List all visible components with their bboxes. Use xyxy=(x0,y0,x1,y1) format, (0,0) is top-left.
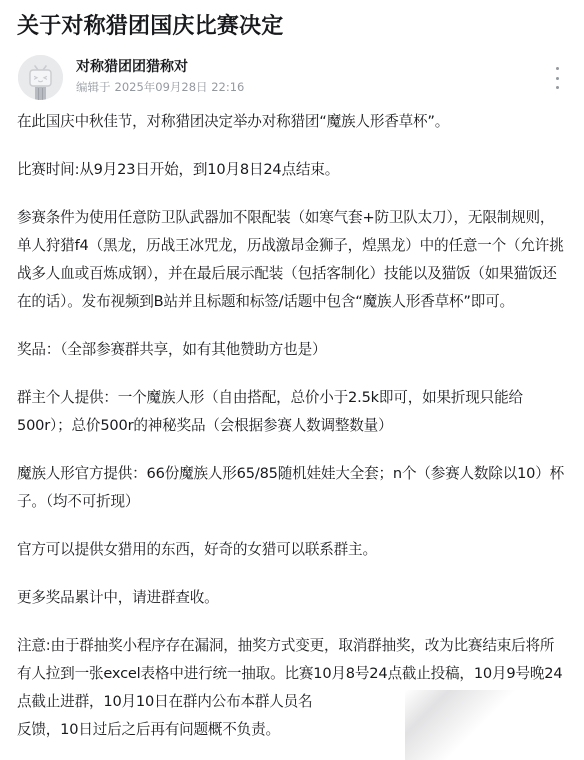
edited-label: 编辑于 xyxy=(76,80,111,94)
more-options-button[interactable] xyxy=(548,67,566,89)
edited-timestamp: 2025年09月28日 22:16 xyxy=(115,80,245,94)
bilibili-tv-avatar-icon xyxy=(18,55,63,100)
article-title: 关于对称猎团国庆比赛决定 xyxy=(17,11,283,43)
more-vertical-icon-dot xyxy=(556,67,559,70)
paragraph-prizes-heading: 奖品：（全部参赛群共享，如有其他赞助方也是） xyxy=(17,336,565,364)
more-vertical-icon-dot xyxy=(556,77,559,80)
author-meta: 编辑于2025年09月28日 22:16 xyxy=(76,79,248,95)
paragraph-official-prizes: 魔族人形官方提供：66份魔族人形65/85随机娃娃大全套；n个（参赛人数除以10… xyxy=(17,460,565,516)
paragraph-rules: 参赛条件为使用任意防卫队武器加不限配装（如寒气套+防卫队太刀），无限制规则，单人… xyxy=(17,204,565,316)
paragraph-owner-prizes: 群主个人提供：一个魔族人形（自由搭配，总价小于2.5k即可，如果折现只能给500… xyxy=(17,384,565,440)
article-body: 在此国庆中秋佳节，对称猎团决定举办对称猎团“魔族人形香草杯”。 比赛时间:从9月… xyxy=(17,108,565,760)
author-avatar[interactable] xyxy=(18,55,63,100)
paragraph-female-hunter: 官方可以提供女猎用的东西，好奇的女猎可以联系群主。 xyxy=(17,536,565,564)
paragraph-schedule: 比赛时间:从9月23日开始，到10月8日24点结束。 xyxy=(17,156,565,184)
author-row: 对称猎团团猎称对 编辑于2025年09月28日 22:16 xyxy=(18,55,566,101)
more-vertical-icon-dot xyxy=(556,86,559,89)
author-name[interactable]: 对称猎团团猎称对 xyxy=(76,57,188,77)
paragraph-notice: 注意:由于群抽奖小程序存在漏洞，抽奖方式变更，取消群抽奖，改为比赛结束后将所有人… xyxy=(17,632,565,744)
paragraph-intro: 在此国庆中秋佳节，对称猎团决定举办对称猎团“魔族人形香草杯”。 xyxy=(17,108,565,136)
paragraph-more-prizes: 更多奖品累计中，请进群查收。 xyxy=(17,584,565,612)
